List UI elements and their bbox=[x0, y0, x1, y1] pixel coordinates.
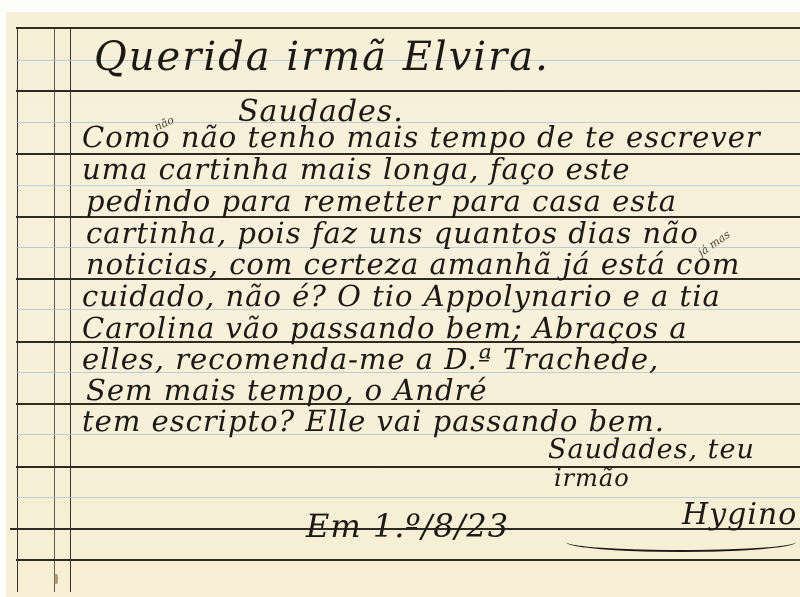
closing-line: Saudades, teu bbox=[548, 434, 755, 465]
ruled-line bbox=[16, 90, 800, 92]
salutation: Querida irmã Elvira. bbox=[94, 34, 550, 80]
letter-line: uma cartinha mais longa, faço este bbox=[82, 152, 631, 186]
letter-line: noticias, com certeza amanhã já está com bbox=[86, 247, 740, 281]
ruled-line bbox=[16, 27, 800, 29]
letter-line: Sem mais tempo, o André bbox=[86, 373, 488, 407]
ruled-line bbox=[16, 559, 800, 561]
letter-line: pedindo para remetter para casa esta bbox=[86, 184, 677, 218]
letter-line: elles, recomenda-me a D.ª Trachede, bbox=[82, 342, 659, 376]
closing-line: irmão bbox=[554, 464, 630, 492]
letter-paper: Querida irmã Elvira. Saudades. não Como … bbox=[6, 12, 800, 597]
place-date: Em 1.º/8/23 bbox=[306, 507, 509, 545]
letter-line: Carolina vão passando bem; Abraços a bbox=[82, 311, 688, 345]
letter-line: Como não tenho mais tempo de te escrever bbox=[82, 120, 761, 154]
letter-line: cuidado, não é? O tio Appolynario e a ti… bbox=[82, 279, 721, 313]
letter-line: cartinha, pois faz uns quantos dias não bbox=[86, 216, 699, 250]
paper-stain bbox=[54, 574, 58, 584]
ruled-line bbox=[16, 466, 800, 468]
signature: Hygino bbox=[682, 497, 797, 532]
signature-flourish bbox=[566, 532, 796, 552]
letter-line: tem escripto? Elle vai passando bem. bbox=[82, 404, 665, 438]
